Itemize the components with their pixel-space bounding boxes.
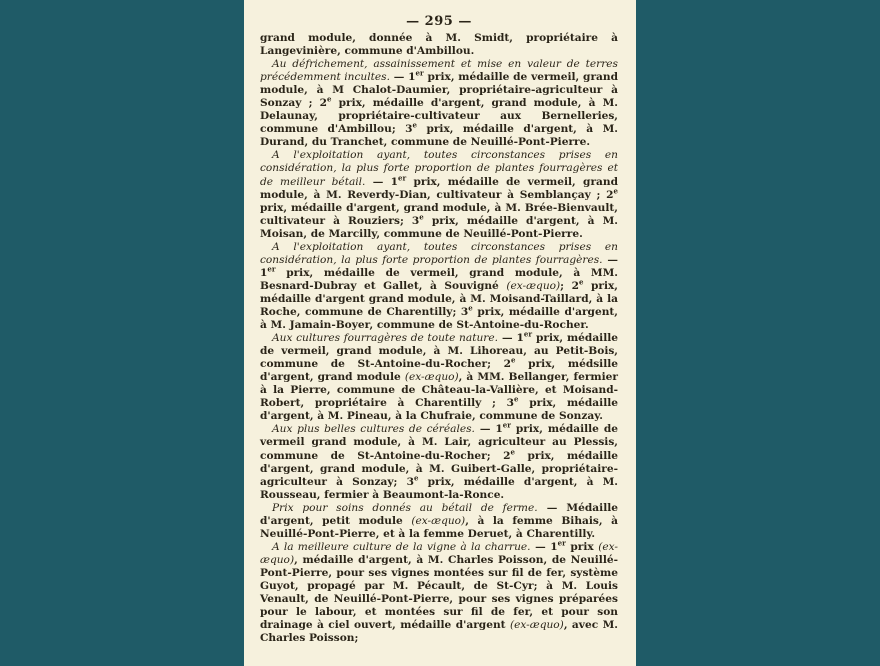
body-text: — 1 xyxy=(498,332,524,344)
paragraph: Au défrichement, assainissement et mise … xyxy=(260,58,618,149)
document-page: — 295 — grand module, donnée à M. Smidt,… xyxy=(244,0,636,666)
paragraph: A l'exploitation ayant, toutes circonsta… xyxy=(260,149,618,240)
body-text: ; 2 xyxy=(560,280,579,292)
page-body-text: grand module, donnée à M. Smidt, proprié… xyxy=(260,32,618,645)
body-text: prix xyxy=(566,541,598,553)
ordinal-superscript: er xyxy=(558,538,566,547)
italic-heading-text: A la meilleure culture de la vigne à la … xyxy=(272,541,531,553)
ordinal-superscript: er xyxy=(267,264,275,273)
italic-heading-text: A l'exploitation ayant, toutes circonsta… xyxy=(260,241,618,266)
body-text: — 1 xyxy=(365,176,398,188)
body-text: — 1 xyxy=(531,541,558,553)
paragraph: Aux plus belles cultures de céréales. — … xyxy=(260,423,618,501)
italic-heading-text: Aux plus belles cultures de céréales. xyxy=(272,423,475,435)
paragraph: Aux cultures fourragères de toute nature… xyxy=(260,332,618,423)
ordinal-superscript: er xyxy=(416,69,424,78)
italic-heading-text: (ex-æquo) xyxy=(405,371,459,383)
italic-heading-text: Aux cultures fourragères de toute nature… xyxy=(272,332,498,344)
body-text: — 1 xyxy=(390,71,416,83)
paragraph: A l'exploitation ayant, toutes circonsta… xyxy=(260,241,618,332)
italic-heading-text: (ex-æquo) xyxy=(510,619,564,631)
ordinal-superscript: er xyxy=(524,330,532,339)
italic-heading-text: (ex-æquo) xyxy=(506,280,560,292)
ordinal-superscript: er xyxy=(398,173,406,182)
ordinal-superscript: er xyxy=(503,421,511,430)
body-text: grand module, donnée à M. Smidt, proprié… xyxy=(260,32,618,57)
paragraph: A la meilleure culture de la vigne à la … xyxy=(260,541,618,645)
italic-heading-text: Prix pour soins donnés au bétail de ferm… xyxy=(272,502,538,514)
paragraph: grand module, donnée à M. Smidt, proprié… xyxy=(260,32,618,58)
body-text: — 1 xyxy=(475,423,503,435)
ordinal-superscript: e xyxy=(614,186,618,195)
page-number: — 295 — xyxy=(260,14,618,29)
italic-heading-text: (ex-æquo) xyxy=(411,515,465,527)
paragraph: Prix pour soins donnés au bétail de ferm… xyxy=(260,502,618,541)
